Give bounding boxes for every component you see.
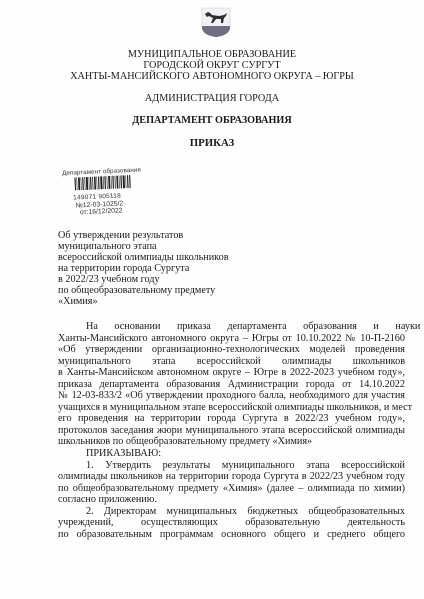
preamble-line: муниципального этапа всероссийской олимп… xyxy=(58,356,405,368)
document-type: ПРИКАЗ xyxy=(0,138,424,149)
header-city-district: ГОРОДСКОЙ ОКРУГ СУРГУТ xyxy=(0,60,424,71)
preamble-line: «Об утверждении организационно-технологи… xyxy=(58,344,405,356)
title-line: муниципального этапа xyxy=(58,241,229,252)
item1-line: 1. Утвердить результаты муниципального э… xyxy=(58,460,405,472)
order-body: На основании приказа департамента образо… xyxy=(58,321,405,540)
preamble-line: учащихся в муниципальном этапе всероссий… xyxy=(58,402,405,414)
order-word: ПРИКАЗЫВАЮ: xyxy=(58,448,405,460)
title-line: на территории города Сургута xyxy=(58,263,229,274)
registration-stamp: Департамент образования 149071 905118 №1… xyxy=(62,167,144,216)
item2-line: учреждений, осуществляющих образовательн… xyxy=(58,517,405,529)
title-line: Об утверждении результатов xyxy=(58,230,229,241)
preamble-line: его проведения на территории города Сург… xyxy=(58,413,405,425)
stamp-date: от:16/12/2022 xyxy=(80,206,144,216)
header-region: ХАНТЫ-МАНСИЙСКОГО АВТОНОМНОГО ОКРУГА – Ю… xyxy=(0,71,424,82)
title-line: по общеобразовательному предмету xyxy=(58,285,229,296)
preamble-line: № 12-03-833/2 «Об утверждении проходного… xyxy=(58,390,405,402)
title-line: «Химия» xyxy=(58,296,229,307)
preamble-line: протоколов заседания жюри муниципального… xyxy=(58,425,405,437)
preamble-line: На основании приказа департамента образо… xyxy=(58,321,405,333)
preamble-line: приказа департамента образования Админис… xyxy=(58,379,405,391)
title-line: в 2022/23 учебном году xyxy=(58,274,229,285)
coat-of-arms-icon xyxy=(199,7,233,38)
header-municipality: МУНИЦИПАЛЬНОЕ ОБРАЗОВАНИЕ xyxy=(0,49,424,60)
item2-line: 2. Директорам муниципальных бюджетных об… xyxy=(58,506,405,518)
item1-line: по общеобразовательному предмету «Химия»… xyxy=(58,483,405,495)
document-page: МУНИЦИПАЛЬНОЕ ОБРАЗОВАНИЕ ГОРОДСКОЙ ОКРУ… xyxy=(0,0,424,599)
title-line: всероссийской олимпиады школьников xyxy=(58,252,229,263)
item2-line: по образовательным программам основного … xyxy=(58,529,405,541)
preamble-line: школьников по общеобразовательному предм… xyxy=(58,436,405,448)
order-title: Об утверждении результатов муниципальног… xyxy=(58,230,229,307)
barcode-icon xyxy=(74,175,131,190)
item1-line: олимпиады школьников на территории город… xyxy=(58,471,405,483)
header-department: ДЕПАРТАМЕНТ ОБРАЗОВАНИЯ xyxy=(0,115,424,126)
preamble-line: Ханты-Мансийского автономного округа – Ю… xyxy=(58,333,405,345)
preamble-line: в Ханты-Мансийском автономном округе – Ю… xyxy=(58,367,405,379)
item1-line: согласно приложению. xyxy=(58,494,405,506)
header-administration: АДМИНИСТРАЦИЯ ГОРОДА xyxy=(0,93,424,104)
